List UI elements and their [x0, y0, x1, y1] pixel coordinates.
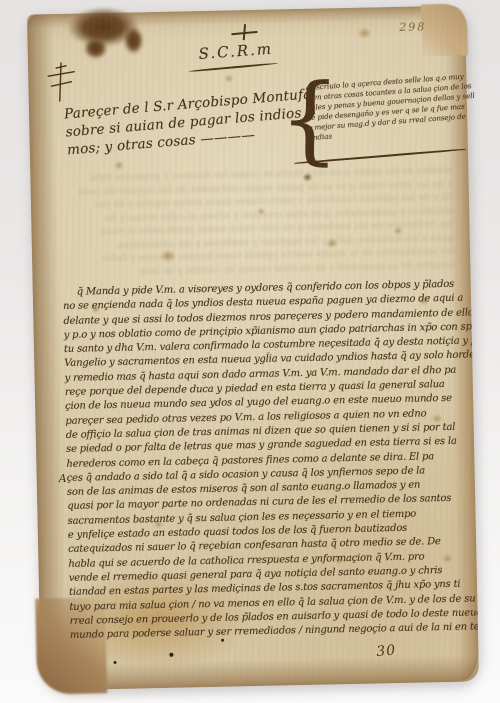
fox-spot	[357, 27, 371, 38]
cross-doodle-icon	[44, 60, 79, 105]
marginal-note: q escriuio lo q açerca desto selle los q…	[305, 71, 477, 143]
folded-corner-stain	[421, 3, 468, 56]
fox-spot	[224, 74, 233, 82]
margin-mark: A	[59, 472, 67, 485]
ink-blot	[67, 6, 140, 47]
invocation-scrm: S.C.R.m	[185, 39, 286, 64]
bottom-page-number: 30	[376, 642, 397, 660]
bleedthrough-text: sembra de los indios q en esta tierra se…	[60, 164, 454, 280]
ink-blot	[83, 37, 107, 59]
ink-dot	[114, 661, 117, 664]
header-cross-icon	[231, 24, 257, 43]
edge-shading-left	[27, 14, 67, 690]
folio-number: 298	[399, 20, 426, 34]
body-text: q̃ Manda y pide V.m. a visoreyes y oydor…	[63, 277, 478, 643]
ink-blot	[123, 26, 144, 54]
edge-shading-bottom	[41, 655, 479, 690]
fox-spot	[114, 161, 124, 170]
manuscript-page: S.C.R.m 298 Pareçer de l S.r Arçobispo M…	[27, 5, 479, 690]
invocation-underline	[188, 62, 278, 72]
ink-dot	[169, 653, 173, 657]
photo-background: S.C.R.m 298 Pareçer de l S.r Arçobispo M…	[0, 0, 500, 703]
